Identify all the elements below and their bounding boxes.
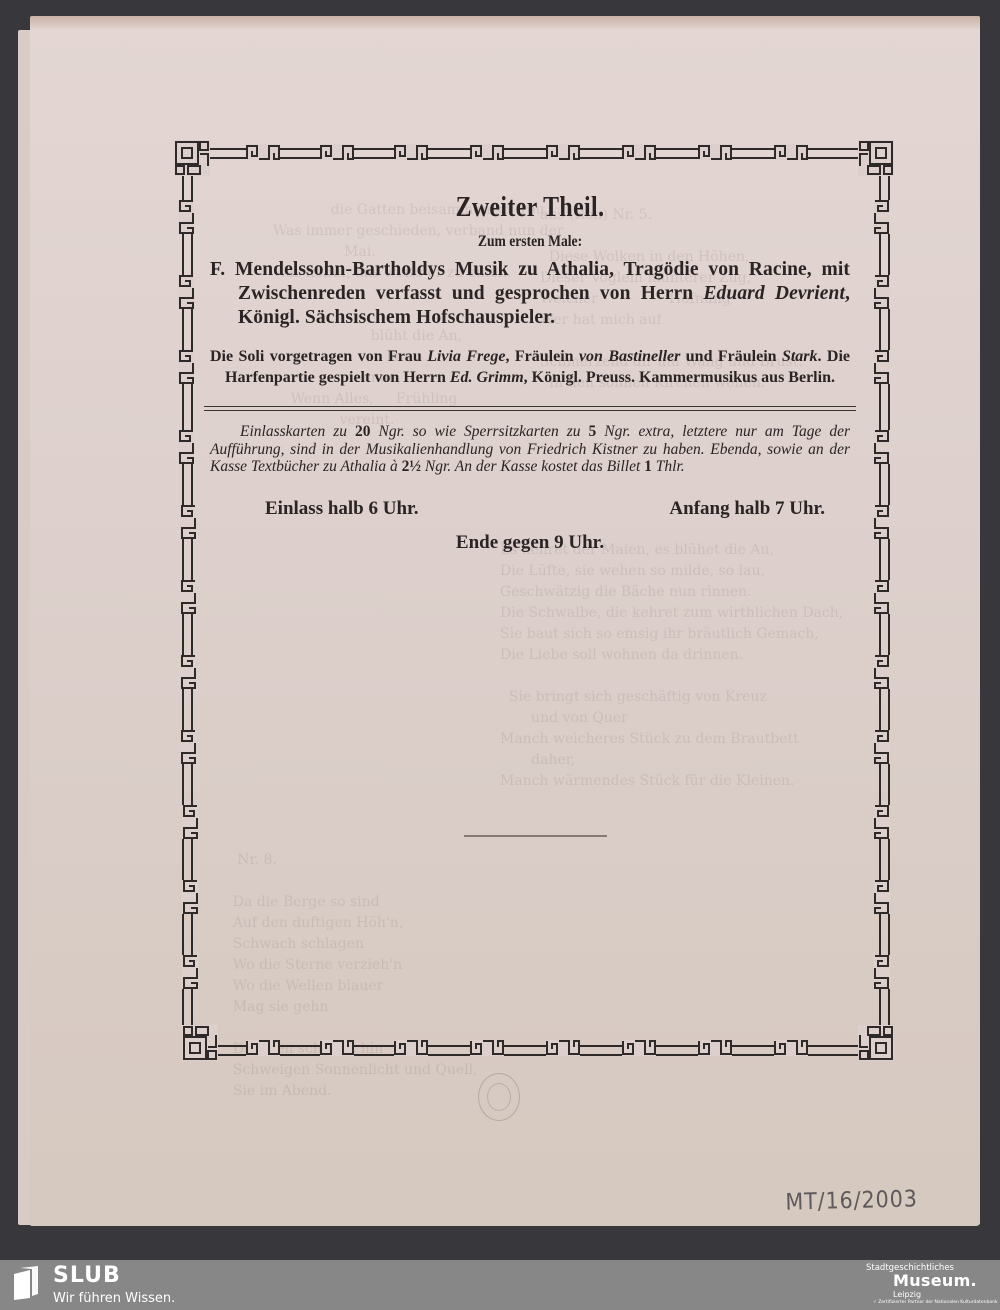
schedule-row: Einlass halb 6 Uhr. Anfang halb 7 Uhr. bbox=[210, 498, 850, 520]
ticket-info: Einlasskarten zu 20 Ngr. so wie Sperrsit… bbox=[210, 423, 850, 476]
museum-certification: ✓ Zertifizierter Partner der Nationalen … bbox=[873, 1300, 998, 1305]
greek-key-icon bbox=[622, 1040, 656, 1056]
greek-key-icon bbox=[394, 1040, 428, 1056]
greek-key-icon bbox=[180, 730, 196, 764]
library-stamp-icon bbox=[478, 1073, 520, 1121]
program-content: Zweiter Theil. Zum ersten Male: F. Mende… bbox=[210, 190, 850, 554]
greek-key-icon bbox=[320, 1040, 354, 1056]
speaker-name: Eduard Devrient bbox=[703, 283, 845, 304]
paper-edge-stain bbox=[30, 16, 980, 30]
greek-key-icon bbox=[182, 880, 198, 914]
ticket-text: Thlr. bbox=[652, 458, 685, 475]
greek-key-icon bbox=[874, 350, 890, 384]
ticket-text: Ngr. An der Kasse kostet das Billet bbox=[421, 458, 644, 475]
start-time: Anfang halb 7 Uhr. bbox=[669, 498, 825, 520]
greek-key-icon bbox=[874, 880, 890, 914]
greek-key-icon bbox=[774, 144, 808, 160]
greek-key-icon bbox=[874, 580, 890, 614]
greek-key-icon bbox=[874, 275, 890, 309]
greek-key-icon bbox=[774, 1040, 808, 1056]
price-value: 1 bbox=[644, 458, 652, 475]
greek-key-icon bbox=[180, 580, 196, 614]
greek-key-icon bbox=[470, 144, 504, 160]
handwritten-shelfmark: MT/16/2003 bbox=[785, 1186, 918, 1215]
greek-key-icon bbox=[182, 805, 198, 839]
border-corner-top-right-icon bbox=[858, 140, 894, 176]
border-top-rail bbox=[204, 148, 864, 159]
border-corner-bottom-right-icon bbox=[858, 1025, 894, 1061]
museum-city: Leipzig bbox=[893, 1290, 921, 1299]
greek-key-icon bbox=[698, 144, 732, 160]
performers-text: und Fräulein bbox=[680, 348, 782, 365]
greek-key-icon bbox=[178, 200, 194, 234]
greek-key-icon bbox=[874, 730, 890, 764]
greek-key-icon bbox=[178, 430, 194, 464]
greek-key-icon bbox=[874, 200, 890, 234]
footer-bar: SLUB Wir führen Wissen. Stadtgeschichtli… bbox=[0, 1260, 1000, 1310]
greek-key-icon bbox=[394, 144, 428, 160]
greek-key-icon bbox=[874, 955, 890, 989]
greek-key-icon bbox=[874, 430, 890, 464]
greek-key-icon bbox=[178, 275, 194, 309]
greek-key-icon bbox=[622, 144, 656, 160]
ticket-text: Ngr. so wie Sperrsitzkarten zu bbox=[371, 423, 589, 440]
work-description: F. Mendelssohn-Bartholdys Musik zu Athal… bbox=[210, 258, 850, 330]
greek-key-icon bbox=[546, 144, 580, 160]
performers-text: Die Soli vorgetragen von Frau bbox=[210, 348, 427, 365]
soloist-name: Livia Frege bbox=[427, 348, 505, 365]
greek-key-icon bbox=[546, 1040, 580, 1056]
border-bottom-rail bbox=[204, 1045, 864, 1056]
section-title: Zweiter Theil. bbox=[268, 190, 793, 224]
greek-key-icon bbox=[180, 505, 196, 539]
price-value: 20 bbox=[355, 423, 371, 440]
closing-rule bbox=[464, 835, 607, 837]
price-value: 2½ bbox=[402, 458, 421, 475]
ticket-text: Einlasskarten zu bbox=[240, 423, 355, 440]
section-divider bbox=[204, 406, 856, 411]
greek-key-icon bbox=[246, 144, 280, 160]
book-icon bbox=[12, 1266, 40, 1306]
greek-key-icon bbox=[698, 1040, 732, 1056]
soloist-name: von Bastineller bbox=[579, 348, 680, 365]
greek-key-icon bbox=[874, 505, 890, 539]
end-time: Ende gegen 9 Uhr. bbox=[210, 532, 850, 554]
greek-key-icon bbox=[178, 350, 194, 384]
harpist-name: Ed. Grimm bbox=[450, 369, 524, 386]
premiere-label: Zum ersten Male: bbox=[258, 232, 802, 252]
admission-time: Einlass halb 6 Uhr. bbox=[265, 498, 418, 520]
greek-key-icon bbox=[320, 144, 354, 160]
greek-key-icon bbox=[874, 805, 890, 839]
greek-key-icon bbox=[246, 1040, 280, 1056]
greek-key-icon bbox=[182, 955, 198, 989]
border-corner-bottom-left-icon bbox=[182, 1025, 218, 1061]
greek-key-icon bbox=[874, 655, 890, 689]
performers-text: , Fräulein bbox=[505, 348, 578, 365]
slub-tagline: Wir führen Wissen. bbox=[53, 1291, 175, 1306]
museum-logo-text[interactable]: Museum. bbox=[893, 1271, 977, 1290]
border-corner-top-left-icon bbox=[174, 140, 210, 176]
performers-paragraph: Die Soli vorgetragen von Frau Livia Freg… bbox=[210, 346, 850, 388]
greek-key-icon bbox=[470, 1040, 504, 1056]
soloist-name: Stark bbox=[782, 348, 818, 365]
performers-text: , Königl. Preuss. Kammermusikus aus Berl… bbox=[524, 369, 835, 386]
slub-logo-text[interactable]: SLUB bbox=[53, 1263, 121, 1288]
greek-key-icon bbox=[180, 655, 196, 689]
